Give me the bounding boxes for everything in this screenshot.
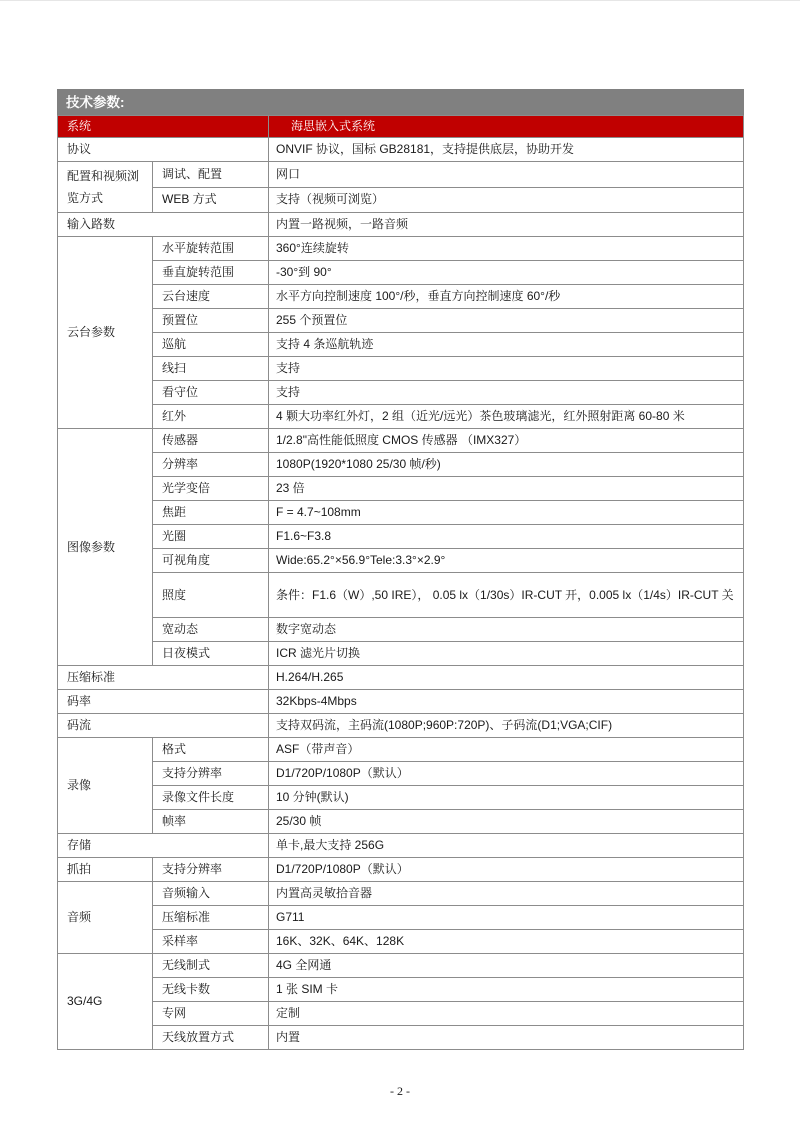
row-value: -30°到 90° [269, 261, 744, 285]
row-value: H.264/H.265 [269, 666, 744, 690]
sub-label: 宽动态 [153, 618, 269, 642]
spec-row: 宽动态 数字宽动态 [58, 618, 744, 642]
spec-row: 帧率 25/30 帧 [58, 810, 744, 834]
spec-row: 预置位 255 个预置位 [58, 309, 744, 333]
spec-row: 云台速度 水平方向控制速度 100°/秒，垂直方向控制速度 60°/秒 [58, 285, 744, 309]
row-label: 存储 [58, 834, 269, 858]
row-value: 条件：F1.6（W）,50 IRE）， 0.05 lx（1/30s）IR-CUT… [269, 573, 744, 618]
sub-label: 帧率 [153, 810, 269, 834]
spec-row: 压缩标准 G711 [58, 906, 744, 930]
row-value: 25/30 帧 [269, 810, 744, 834]
sub-label: 光圈 [153, 525, 269, 549]
row-value: ICR 滤光片切换 [269, 642, 744, 666]
table-title-row: 技术参数: [58, 90, 744, 116]
spec-row: 采样率 16K、32K、64K、128K [58, 930, 744, 954]
row-value: 1/2.8"高性能低照度 CMOS 传感器 （IMX327） [269, 429, 744, 453]
row-value: 内置 [269, 1026, 744, 1050]
sub-label: 录像文件长度 [153, 786, 269, 810]
row-value: 4 颗大功率红外灯，2 组（近光/远光）茶色玻璃滤光，红外照射距离 60-80 … [269, 405, 744, 429]
spec-row: 专网 定制 [58, 1002, 744, 1026]
row-value: 支持 [269, 381, 744, 405]
spec-row: 3G/4G 无线制式 4G 全网通 [58, 954, 744, 978]
row-value: F1.6~F3.8 [269, 525, 744, 549]
row-value: 内置一路视频，一路音频 [269, 213, 744, 237]
row-value: 1 张 SIM 卡 [269, 978, 744, 1002]
row-value: Wide:65.2°×56.9°Tele:3.3°×2.9° [269, 549, 744, 573]
sub-label: 焦距 [153, 501, 269, 525]
spec-row: 日夜模式 ICR 滤光片切换 [58, 642, 744, 666]
spec-row: 录像文件长度 10 分钟(默认) [58, 786, 744, 810]
group-label: 3G/4G [58, 954, 153, 1050]
system-label: 系统 [58, 116, 269, 138]
spec-row: 垂直旋转范围 -30°到 90° [58, 261, 744, 285]
row-value: D1/720P/1080P（默认） [269, 858, 744, 882]
row-label: 压缩标准 [58, 666, 269, 690]
spec-row: 码率 32Kbps-4Mbps [58, 690, 744, 714]
sub-label: 支持分辨率 [153, 762, 269, 786]
sub-label: 无线制式 [153, 954, 269, 978]
spec-row: 线扫 支持 [58, 357, 744, 381]
row-value: 10 分钟(默认) [269, 786, 744, 810]
row-value: ONVIF 协议，国标 GB28181，支持提供底层，协助开发 [269, 138, 744, 162]
group-label: 图像参数 [58, 429, 153, 666]
spec-row: 焦距 F = 4.7~108mm [58, 501, 744, 525]
document-page: 技术参数: 系统 海思嵌入式系统 协议 ONVIF 协议，国标 GB28181，… [0, 0, 800, 1132]
sub-label: 采样率 [153, 930, 269, 954]
sub-label: 线扫 [153, 357, 269, 381]
row-value: 内置高灵敏拾音器 [269, 882, 744, 906]
table-title: 技术参数: [58, 90, 744, 116]
page-number: - 2 - [0, 1084, 800, 1099]
spec-row: 配置和视频浏览方式 调试、配置 网口 [58, 162, 744, 188]
row-value: G711 [269, 906, 744, 930]
sub-label: 天线放置方式 [153, 1026, 269, 1050]
spec-row: 可视角度 Wide:65.2°×56.9°Tele:3.3°×2.9° [58, 549, 744, 573]
sub-label: 支持分辨率 [153, 858, 269, 882]
sub-label: 水平旋转范围 [153, 237, 269, 261]
spec-row: 天线放置方式 内置 [58, 1026, 744, 1050]
spec-row: 音频 音频输入 内置高灵敏拾音器 [58, 882, 744, 906]
spec-row: 光学变倍 23 倍 [58, 477, 744, 501]
group-label: 录像 [58, 738, 153, 834]
row-value: 支持 [269, 357, 744, 381]
row-value: 支持（视频可浏览） [269, 187, 744, 213]
sub-label: 照度 [153, 573, 269, 618]
row-value: 23 倍 [269, 477, 744, 501]
row-label: 协议 [58, 138, 269, 162]
group-label: 配置和视频浏览方式 [58, 162, 153, 213]
row-value: F = 4.7~108mm [269, 501, 744, 525]
row-label: 码流 [58, 714, 269, 738]
sub-label: 巡航 [153, 333, 269, 357]
sub-label: 预置位 [153, 309, 269, 333]
spec-row: 图像参数 传感器 1/2.8"高性能低照度 CMOS 传感器 （IMX327） [58, 429, 744, 453]
spec-row: 看守位 支持 [58, 381, 744, 405]
row-value: 水平方向控制速度 100°/秒，垂直方向控制速度 60°/秒 [269, 285, 744, 309]
row-value: 32Kbps-4Mbps [269, 690, 744, 714]
spec-row: 存储 单卡,最大支持 256G [58, 834, 744, 858]
sub-label: 调试、配置 [153, 162, 269, 188]
spec-row: 录像 格式 ASF（带声音） [58, 738, 744, 762]
row-label: 码率 [58, 690, 269, 714]
sub-label: 专网 [153, 1002, 269, 1026]
sub-label: 垂直旋转范围 [153, 261, 269, 285]
spec-row: 巡航 支持 4 条巡航轨迹 [58, 333, 744, 357]
row-value: 支持双码流，主码流(1080P;960P:720P)、子码流(D1;VGA;CI… [269, 714, 744, 738]
sub-label: 可视角度 [153, 549, 269, 573]
sub-label: 无线卡数 [153, 978, 269, 1002]
spec-row: 协议 ONVIF 协议，国标 GB28181，支持提供底层，协助开发 [58, 138, 744, 162]
system-row: 系统 海思嵌入式系统 [58, 116, 744, 138]
spec-row: 压缩标准 H.264/H.265 [58, 666, 744, 690]
row-value: 1080P(1920*1080 25/30 帧/秒) [269, 453, 744, 477]
spec-row: 输入路数 内置一路视频，一路音频 [58, 213, 744, 237]
spec-table: 技术参数: 系统 海思嵌入式系统 协议 ONVIF 协议，国标 GB28181，… [57, 89, 744, 1050]
row-label: 输入路数 [58, 213, 269, 237]
spec-row: 照度 条件：F1.6（W）,50 IRE）， 0.05 lx（1/30s）IR-… [58, 573, 744, 618]
row-value: 16K、32K、64K、128K [269, 930, 744, 954]
spec-row: 支持分辨率 D1/720P/1080P（默认） [58, 762, 744, 786]
group-label: 云台参数 [58, 237, 153, 429]
row-value: 网口 [269, 162, 744, 188]
system-value: 海思嵌入式系统 [269, 116, 744, 138]
spec-row: 无线卡数 1 张 SIM 卡 [58, 978, 744, 1002]
row-value: 数字宽动态 [269, 618, 744, 642]
row-value: ASF（带声音） [269, 738, 744, 762]
sub-label: 音频输入 [153, 882, 269, 906]
row-value: 定制 [269, 1002, 744, 1026]
sub-label: 看守位 [153, 381, 269, 405]
row-value: 支持 4 条巡航轨迹 [269, 333, 744, 357]
sub-label: 格式 [153, 738, 269, 762]
group-label: 音频 [58, 882, 153, 954]
spec-row: WEB 方式 支持（视频可浏览） [58, 187, 744, 213]
sub-label: 红外 [153, 405, 269, 429]
sub-label: 日夜模式 [153, 642, 269, 666]
spec-row: 码流 支持双码流，主码流(1080P;960P:720P)、子码流(D1;VGA… [58, 714, 744, 738]
sub-label: 分辨率 [153, 453, 269, 477]
row-value: D1/720P/1080P（默认） [269, 762, 744, 786]
row-value: 4G 全网通 [269, 954, 744, 978]
sub-label: 光学变倍 [153, 477, 269, 501]
row-value: 单卡,最大支持 256G [269, 834, 744, 858]
spec-row: 抓拍 支持分辨率 D1/720P/1080P（默认） [58, 858, 744, 882]
sub-label: 压缩标准 [153, 906, 269, 930]
spec-row: 光圈 F1.6~F3.8 [58, 525, 744, 549]
sub-label: 云台速度 [153, 285, 269, 309]
spec-row: 云台参数 水平旋转范围 360°连续旋转 [58, 237, 744, 261]
sub-label: 传感器 [153, 429, 269, 453]
sub-label: WEB 方式 [153, 187, 269, 213]
spec-row: 红外 4 颗大功率红外灯，2 组（近光/远光）茶色玻璃滤光，红外照射距离 60-… [58, 405, 744, 429]
row-value: 360°连续旋转 [269, 237, 744, 261]
row-value: 255 个预置位 [269, 309, 744, 333]
spec-row: 分辨率 1080P(1920*1080 25/30 帧/秒) [58, 453, 744, 477]
group-label: 抓拍 [58, 858, 153, 882]
